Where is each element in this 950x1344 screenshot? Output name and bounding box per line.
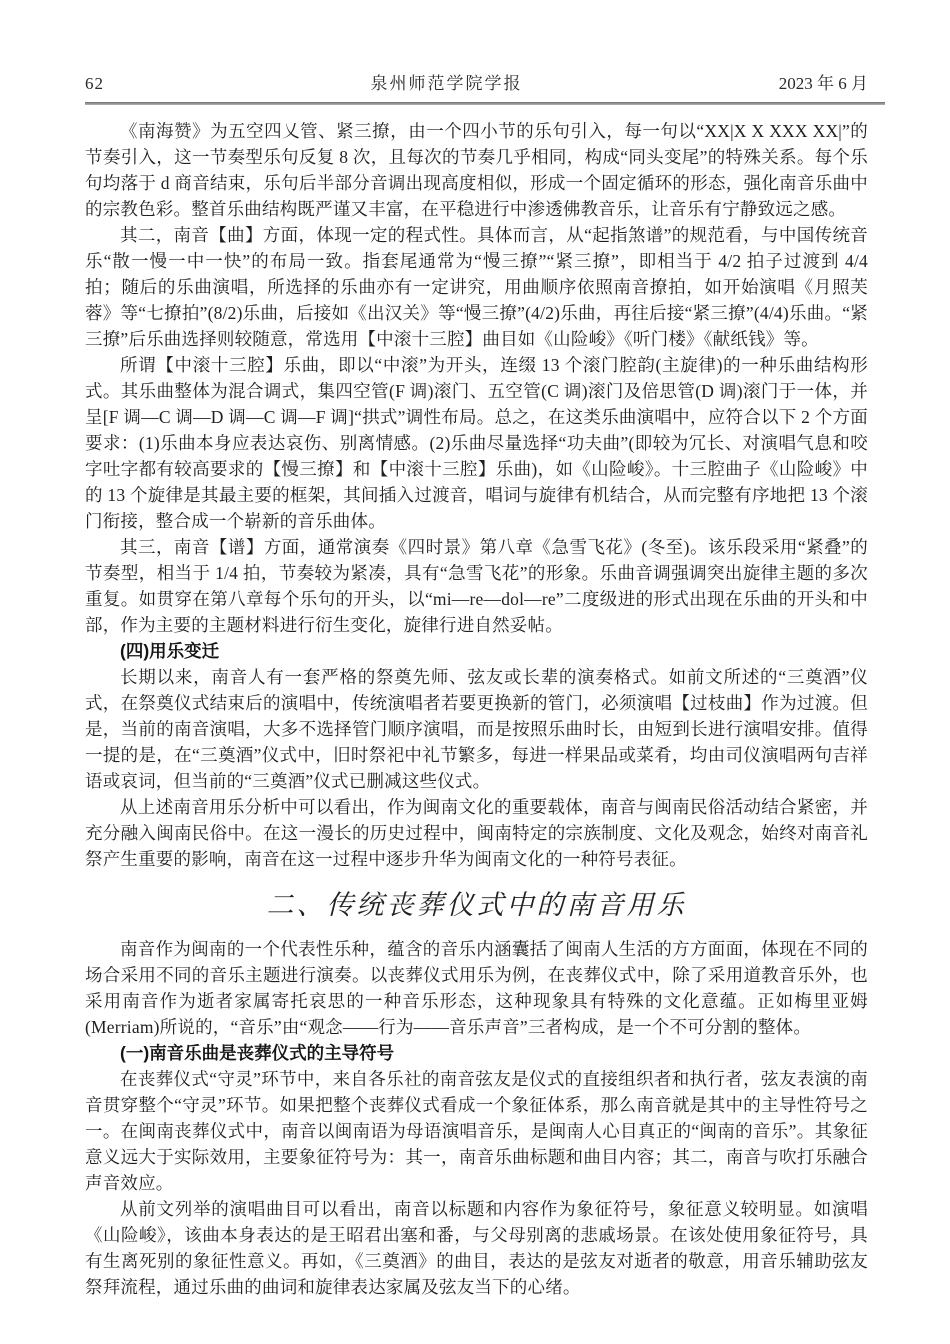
article-body: 《南海赞》为五空四乂管、紧三撩，由一个四小节的乐句引入，每一句以“XX|X X … [85, 118, 868, 1300]
body-paragraph: 其三，南音【谱】方面，通常演奏《四时景》第八章《急雪飞花》(冬至)。该乐段采用“… [85, 534, 868, 638]
body-paragraph: 从上述南音用乐分析中可以看出，作为闽南文化的重要载体，南音与闽南民俗活动结合紧密… [85, 794, 868, 872]
body-paragraph: 所谓【中滚十三腔】乐曲，即以“中滚”为开头，连缀 13 个滚门腔韵(主旋律)的一… [85, 352, 868, 534]
body-paragraph: 南音作为闽南的一个代表性乐种，蕴含的音乐内涵囊括了闽南人生活的方方面面，体现在不… [85, 936, 868, 1040]
body-paragraph: 其二，南音【曲】方面，体现一定的程式性。具体而言，从“起指煞谱”的规范看，与中国… [85, 222, 868, 352]
body-paragraph: 《南海赞》为五空四乂管、紧三撩，由一个四小节的乐句引入，每一句以“XX|X X … [85, 118, 868, 222]
section-heading: 二、传统丧葬仪式中的南音用乐 [85, 886, 868, 924]
page-number: 62 [85, 74, 145, 93]
header-rule [85, 102, 885, 105]
body-paragraph: 从前文列举的演唱曲目可以看出，南音以标题和内容作为象征符号，象征意义较明显。如演… [85, 1196, 868, 1300]
journal-page: 62 泉州师范学院学报 2023 年 6 月 《南海赞》为五空四乂管、紧三撩，由… [0, 0, 950, 1344]
page-header: 62 泉州师范学院学报 2023 年 6 月 [85, 0, 868, 93]
journal-title: 泉州师范学院学报 [145, 74, 748, 93]
body-paragraph: 长期以来，南音人有一套严格的祭奠先师、弦友或长辈的演奏格式。如前文所述的“三奠酒… [85, 664, 868, 794]
subsection-heading: (一)南音乐曲是丧葬仪式的主导符号 [85, 1040, 868, 1066]
subsection-heading: (四)用乐变迁 [85, 638, 868, 664]
body-paragraph: 在丧葬仪式“守灵”环节中，来自各乐社的南音弦友是仪式的直接组织者和执行者，弦友表… [85, 1066, 868, 1196]
issue-date: 2023 年 6 月 [748, 74, 868, 93]
